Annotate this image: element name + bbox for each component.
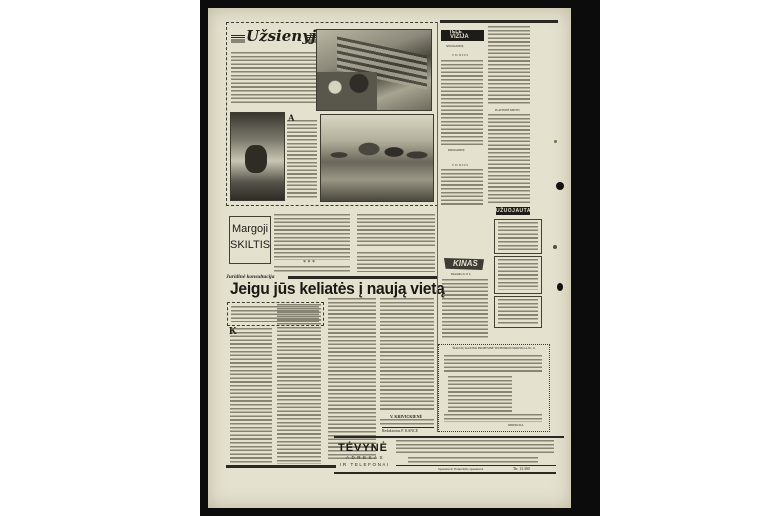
photo-palms — [317, 72, 377, 110]
photo-people-group — [329, 125, 429, 185]
masthead-publisher-text — [408, 457, 538, 463]
tv-col2-program-b — [488, 114, 530, 204]
tv-day2-channel: Vilnius — [452, 164, 469, 167]
photo-building — [316, 29, 432, 111]
tv-day1: SEKMADIENĮ — [446, 45, 463, 48]
masthead-address-text — [396, 440, 554, 454]
legal-col4-end — [380, 419, 434, 425]
tv-program-header: PLATININĖ MINTIS — [495, 109, 520, 112]
cinema-logo: KINAS — [444, 258, 484, 270]
binding-hole-1 — [556, 182, 564, 190]
cinema-subtitle: Balandžio 9-15 d. — [451, 273, 471, 276]
column-box: Margoji SKILTIS — [229, 216, 271, 264]
masthead-circulation: Tir. 13.300 — [513, 467, 530, 471]
abroad-title-bars-left — [231, 35, 245, 43]
column-text-3 — [357, 214, 435, 248]
condolence-title: UŽUOJAUTA — [496, 207, 530, 215]
column-text-2 — [274, 266, 350, 272]
column-box-line1: Margoji — [230, 223, 270, 235]
legal-col1 — [230, 328, 272, 464]
condolence-notice-1 — [494, 219, 542, 254]
abroad-text-body — [231, 52, 317, 104]
column-text-1 — [274, 214, 350, 260]
photo-figure — [245, 145, 267, 173]
condolence-notice-2-text — [498, 259, 538, 290]
column-box-line2: SKILTIS — [230, 239, 270, 251]
legal-headline: Jeigu jūs keliatės į naują vietą — [230, 279, 445, 299]
legal-editor: Redaktorius P. KANCE — [382, 429, 418, 433]
school-notice-signature: DIREKCIJA — [508, 423, 524, 427]
right-top-rule — [440, 20, 558, 23]
school-notice-title: ŠIAULIŲ RAJONO PROFESINĖ TECHNIKOS MOKYK… — [450, 347, 538, 351]
binding-hole-3 — [554, 140, 557, 143]
masthead-bottom-rule — [334, 472, 556, 474]
cinema-listings — [442, 279, 488, 339]
tv-logo: TELE VIZIJA — [441, 30, 484, 41]
legal-col4 — [380, 298, 434, 412]
tv-day1-channel: Vilnius — [452, 54, 469, 57]
legal-col2 — [277, 304, 321, 464]
condolence-notice-3-text — [498, 299, 538, 324]
masthead-address-label: ADRESAS — [346, 455, 385, 460]
cinema-title: KINAS — [453, 259, 478, 268]
photo-market-women — [230, 112, 285, 201]
afghan-text — [287, 120, 317, 198]
newspaper-page: Užsienyje A Margoji SKILTIS * * * Juridi… — [208, 8, 571, 508]
tv-day2: PIRMADIENĮ — [448, 149, 464, 152]
bottom-rule-left — [226, 465, 336, 468]
binding-hole-4 — [553, 245, 557, 249]
tv-logo-bottom: VIZIJA — [450, 34, 469, 40]
masthead-phones-label: IR TELEFONAI — [340, 462, 390, 467]
condolence-notice-3 — [494, 296, 542, 328]
tv-day2-program — [441, 169, 483, 205]
masthead-paper-name: TĖVYNĖ — [338, 442, 388, 454]
tv-day1-program — [441, 60, 483, 146]
condolence-notice-1-text — [498, 222, 538, 250]
binding-hole-2 — [557, 283, 563, 291]
school-notice-body — [444, 355, 542, 373]
masthead-inner-rule — [396, 465, 556, 466]
school-notice-list — [448, 376, 512, 412]
column-text-4 — [357, 252, 435, 272]
masthead-printer: Spaustuvė: Panevėžio spaustuvė — [438, 467, 483, 471]
school-notice-footer — [444, 414, 542, 422]
masthead-top-rule — [334, 436, 564, 438]
legal-editor-rule — [382, 427, 434, 428]
condolence-notice-2 — [494, 256, 542, 294]
tv-col2-program — [488, 26, 530, 106]
photo-sheep-farmers — [320, 114, 434, 202]
right-column-divider — [437, 22, 438, 432]
